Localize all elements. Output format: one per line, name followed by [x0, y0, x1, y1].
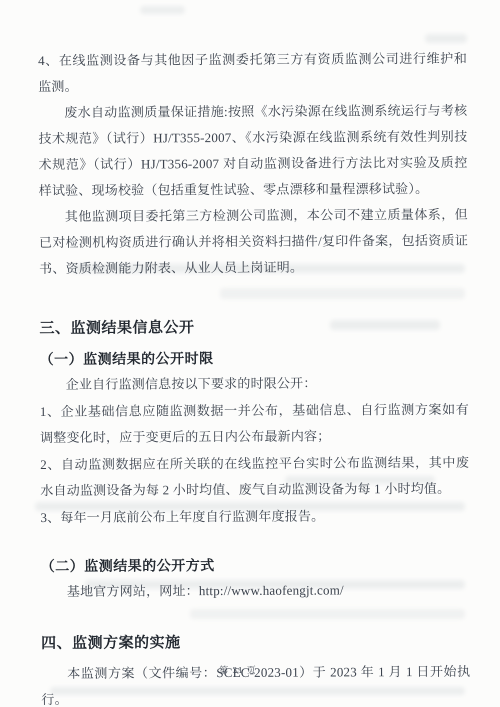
disclosure-item-3: 3、每年一月底前公布上年度自行监测年度报告。 [40, 503, 469, 531]
disclosure-item-2: 2、自动监测数据应在所关联的在线监控平台实时公布监测结果，其中废水自动监测设备为… [40, 450, 469, 504]
paragraph-third-party-qualification: 其他监测项目委托第三方检测公司监测，本公司不建立质量体系，但已对检测机构资质进行… [39, 202, 468, 282]
disclosure-time-intro: 企业自行监测信息按以下要求的时限公开： [40, 370, 469, 398]
section-3-2-heading: （二）监测结果的公开方式 [41, 553, 470, 577]
disclosure-method-website: 基地官方网站，网址：http://www.haofengjt.com/ [41, 577, 470, 605]
section-3-heading: 三、监测结果信息公开 [39, 316, 468, 340]
section-4-heading: 四、监测方案的实施 [41, 631, 470, 655]
paragraph-item-4: 4、在线监测设备与其他因子监测委托第三方有资质监测公司进行维护和监测。 [38, 46, 467, 100]
section-3-1-heading: （一）监测结果的公开时限 [40, 346, 469, 370]
document-body: 4、在线监测设备与其他因子监测委托第三方有资质监测公司进行维护和监测。 废水自动… [38, 46, 470, 707]
page-number: 第 31 页 [0, 662, 488, 678]
document-page: 4、在线监测设备与其他因子监测委托第三方有资质监测公司进行维护和监测。 废水自动… [0, 0, 500, 707]
paragraph-wastewater-qa: 废水自动监测质量保证措施:按照《水污染源在线监测系统运行与考核技术规范》（试行）… [38, 98, 468, 204]
bleed-through-artifact [140, 6, 185, 14]
bleed-through-artifact [425, 34, 467, 43]
disclosure-item-1: 1、企业基础信息应随监测数据一并公布，基础信息、自行监测方案如有调整变化时，应于… [40, 397, 469, 451]
